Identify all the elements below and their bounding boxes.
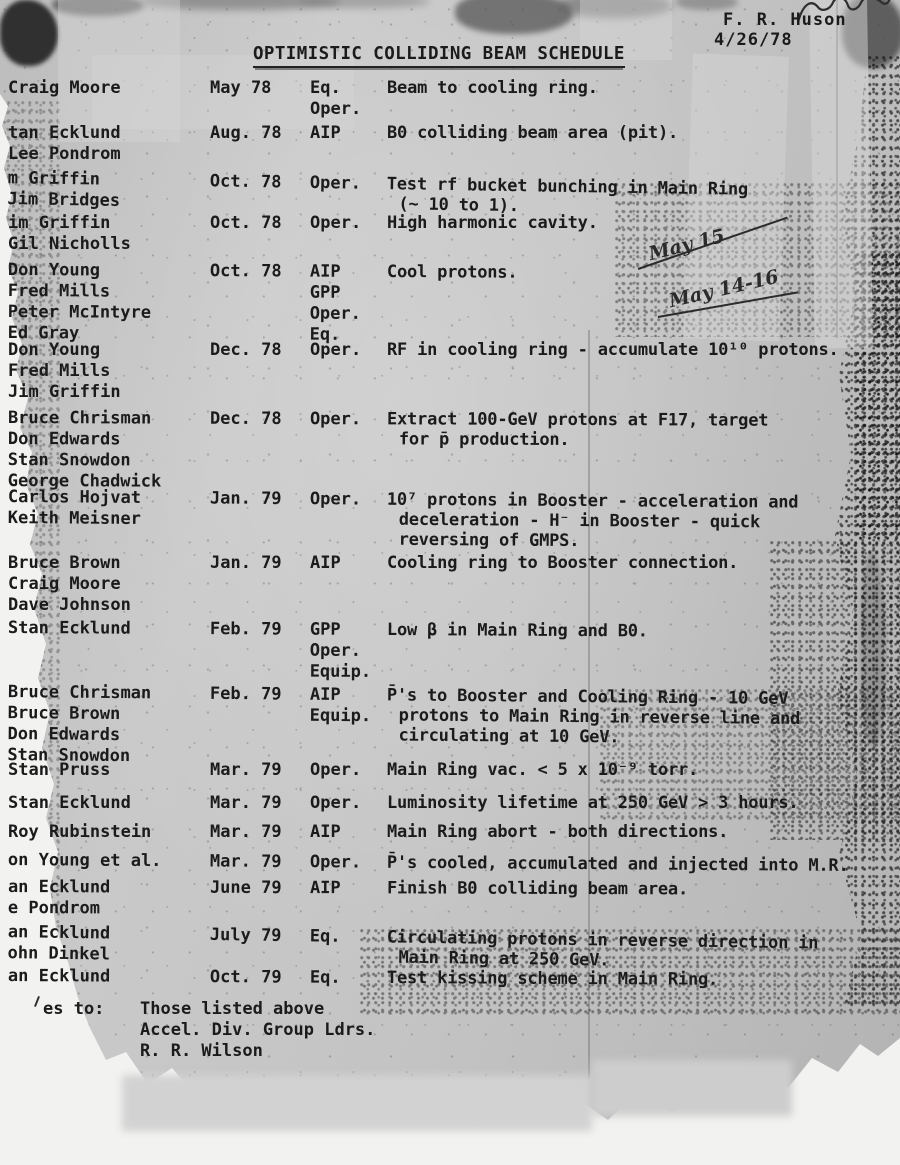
row-categories: AIPEquip. <box>310 685 372 728</box>
description-line: Luminosity lifetime at 250 GeV > 3 hours… <box>387 793 798 813</box>
row-date: Mar. 79 <box>210 760 282 780</box>
description-line: reversing of GMPS. <box>399 530 799 553</box>
person-name: ohn Dinkel <box>7 943 110 965</box>
header-date: 4/26/78 <box>714 30 793 50</box>
row-names: an Ecklund <box>8 966 110 988</box>
row-date: Feb. 79 <box>210 619 282 639</box>
category-label: AIP <box>310 822 341 843</box>
person-name: Carlos Hojvat <box>8 487 141 509</box>
category-label: Oper. <box>310 213 361 234</box>
description-line: Main Ring vac. < 5 x 10⁻⁹ torr. <box>387 760 698 780</box>
person-name: Don Edwards <box>7 724 150 746</box>
person-name: Bruce Brown <box>8 553 131 574</box>
row-description: Low β in Main Ring and B0. <box>387 620 648 641</box>
person-name: Peter McIntyre <box>8 302 151 324</box>
row-description: P̄'s cooled, accumulated and injected in… <box>387 853 849 876</box>
schedule-row: Bruce ChrismanBruce BrownDon EdwardsStan… <box>0 682 900 690</box>
row-categories: Oper. <box>310 340 361 361</box>
category-label: GPP <box>310 283 361 304</box>
row-categories: Oper. <box>310 852 361 873</box>
row-categories: Oper. <box>310 489 361 510</box>
row-description: Luminosity lifetime at 250 GeV > 3 hours… <box>387 793 798 813</box>
person-name: Bruce Brown <box>8 703 151 725</box>
category-label: Eq. <box>310 968 341 989</box>
schedule-row: Stan EcklundFeb. 79GPPOper.Equip.Low β i… <box>0 618 900 623</box>
description-line: Low β in Main Ring and B0. <box>387 620 648 641</box>
row-date: Aug. 78 <box>210 123 282 143</box>
person-name: e Pondrom <box>8 898 110 919</box>
row-categories: AIP <box>310 822 341 843</box>
person-name: Fred Mills <box>8 281 151 303</box>
category-label: Equip. <box>310 706 372 728</box>
person-name: Stan Pruss <box>8 760 110 781</box>
row-date: Oct. 78 <box>210 171 282 192</box>
document-title: OPTIMISTIC COLLIDING BEAM SCHEDULE <box>253 44 625 68</box>
description-line: Finish B0 colliding beam area. <box>387 878 688 899</box>
row-description: High harmonic cavity. <box>387 213 598 233</box>
row-date: Mar. 79 <box>210 822 282 842</box>
row-categories: AIPGPPOper.Eq. <box>310 262 362 346</box>
row-date: Oct. 79 <box>210 967 282 987</box>
row-names: an Ecklunde Pondrom <box>8 877 111 919</box>
person-name: an Ecklund <box>8 966 110 988</box>
description-line: Test kissing scheme in Main Ring. <box>387 968 718 990</box>
row-date: June 79 <box>210 878 282 898</box>
category-label: Oper. <box>310 793 361 814</box>
schedule-row: Don YoungFred MillsPeter McIntyreEd Gray… <box>0 260 900 265</box>
row-categories: Oper. <box>310 409 361 430</box>
row-categories: Eq. <box>310 968 341 989</box>
description-line: B0 colliding beam area (pit). <box>387 123 678 143</box>
document-content: F. R. Huson 4/26/78 OPTIMISTIC COLLIDING… <box>0 0 900 1165</box>
row-date: May 78 <box>210 78 271 98</box>
row-date: Oct. 78 <box>210 261 282 281</box>
description-line: RF in cooling ring - accumulate 10¹⁰ pro… <box>387 340 839 360</box>
row-names: Don YoungFred MillsPeter McIntyreEd Gray <box>8 260 152 345</box>
category-label: Equip. <box>310 662 372 683</box>
description-line: P̄'s cooled, accumulated and injected in… <box>387 853 849 876</box>
row-date: Jan. 79 <box>210 488 282 508</box>
person-name: an Ecklund <box>8 877 110 898</box>
scanned-document-page: F. R. Huson 4/26/78 OPTIMISTIC COLLIDING… <box>0 0 900 1165</box>
distribution-line: Those listed above <box>140 999 375 1020</box>
person-name: Craig Moore <box>8 574 131 595</box>
row-date: Dec. 78 <box>210 409 282 429</box>
row-date: Dec. 78 <box>210 340 282 360</box>
row-description: 10⁷ protons in Booster - acceleration an… <box>387 490 799 553</box>
category-label: Oper. <box>310 489 361 510</box>
description-line: Extract 100-GeV protons at F17, target <box>387 409 768 430</box>
category-label: AIP <box>310 878 341 899</box>
category-label: AIP <box>310 685 372 707</box>
row-categories: GPPOper.Equip. <box>310 620 372 683</box>
row-categories: Eq.Oper. <box>310 78 361 120</box>
description-line: Main Ring abort - both directions. <box>387 822 728 842</box>
distribution-label: es to: <box>43 999 104 1019</box>
schedule-row: an Ecklundohn DinkelJuly 79Eq.Circulatin… <box>0 922 900 935</box>
row-categories: Eq. <box>310 926 341 947</box>
category-label: Oper. <box>310 852 361 873</box>
row-names: Bruce ChrismanBruce BrownDon EdwardsStan… <box>7 682 151 767</box>
category-label: Oper. <box>310 409 361 430</box>
category-label: Oper. <box>310 641 372 662</box>
person-name: Don Young <box>8 260 151 282</box>
row-categories: AIP <box>310 553 341 574</box>
row-date: July 79 <box>210 925 282 946</box>
row-description: Extract 100-GeV protons at F17, targetfo… <box>387 409 768 450</box>
schedule-row: an Ecklunde PondromJune 79AIPFinish B0 c… <box>0 877 900 880</box>
row-names: an Ecklundohn Dinkel <box>7 922 110 965</box>
row-names: im GriffinGil Nicholls <box>8 213 131 255</box>
row-names: Roy Rubinstein <box>8 822 151 843</box>
row-description: P̄'s to Booster and Cooling Ring - 10 Ge… <box>386 685 800 749</box>
category-label: Oper. <box>310 760 361 781</box>
schedule-row: Bruce ChrismanDon EdwardsStan SnowdonGeo… <box>0 408 900 411</box>
row-names: Craig Moore <box>8 78 121 99</box>
person-name: Roy Rubinstein <box>8 822 151 843</box>
row-date: Oct. 78 <box>210 213 282 233</box>
category-label: AIP <box>310 553 341 574</box>
person-name: Jim Bridges <box>7 189 120 212</box>
person-name: Stan Snowdon <box>8 450 162 472</box>
person-name: Bruce Chrisman <box>8 682 151 704</box>
schedule-row: on Young et al.Mar. 79Oper.P̄'s cooled, … <box>0 850 900 856</box>
row-names: Carlos HojvatKeith Meisner <box>8 487 141 530</box>
person-name: Lee Pondrom <box>8 144 121 165</box>
row-date: Jan. 79 <box>210 553 282 573</box>
row-names: on Young et al. <box>8 850 162 872</box>
row-categories: Oper. <box>310 173 362 195</box>
row-description: Cool protons. <box>387 262 518 283</box>
description-line: Cool protons. <box>387 262 518 283</box>
person-name: an Ecklund <box>8 922 111 944</box>
row-names: Stan Ecklund <box>8 618 131 640</box>
handwritten-annotation-may-15: May 15 <box>646 225 726 265</box>
person-name: on Young et al. <box>8 850 162 872</box>
description-line: High harmonic cavity. <box>387 213 598 233</box>
row-categories: Oper. <box>310 213 361 234</box>
person-name: Don Edwards <box>8 429 162 451</box>
person-name: Gil Nicholls <box>8 234 131 255</box>
person-name: Craig Moore <box>8 78 121 99</box>
category-label: Oper. <box>310 99 361 120</box>
row-description: Finish B0 colliding beam area. <box>387 878 688 899</box>
row-categories: Oper. <box>310 793 361 814</box>
category-label: Oper. <box>310 340 361 361</box>
row-description: Cooling ring to Booster connection. <box>387 553 738 573</box>
row-date: Mar. 79 <box>210 851 282 871</box>
row-date: Mar. 79 <box>210 793 282 813</box>
person-name: Bruce Chrisman <box>8 408 162 430</box>
category-label: AIP <box>310 262 361 283</box>
distribution-line: Accel. Div. Group Ldrs. <box>140 1020 375 1041</box>
distribution-line: R. R. Wilson <box>140 1041 375 1062</box>
row-categories: AIP <box>310 123 341 144</box>
description-line: circulating at 10 GeV. <box>398 725 800 749</box>
row-description: Main Ring vac. < 5 x 10⁻⁹ torr. <box>387 760 698 780</box>
distribution-lines: Those listed above Accel. Div. Group Ldr… <box>140 999 375 1062</box>
schedule-row: Carlos HojvatKeith MeisnerJan. 79Oper.10… <box>0 487 900 493</box>
person-name: Jim Griffin <box>8 382 121 403</box>
person-name: im Griffin <box>8 213 131 234</box>
row-names: Bruce BrownCraig MooreDave Johnson <box>8 553 131 616</box>
person-name: Don Young <box>8 340 121 361</box>
person-name: Keith Meisner <box>8 508 141 530</box>
person-name: Stan Ecklund <box>8 793 131 814</box>
row-description: B0 colliding beam area (pit). <box>387 123 678 143</box>
person-name: tan Ecklund <box>8 123 121 144</box>
row-description: Circulating protons in reverse direction… <box>386 927 818 973</box>
description-line: for p̄ production. <box>399 429 768 450</box>
row-names: Stan Ecklund <box>8 793 131 814</box>
row-names: tan EcklundLee Pondrom <box>8 123 121 165</box>
description-line: Cooling ring to Booster connection. <box>387 553 738 573</box>
description-line: Beam to cooling ring. <box>387 78 598 98</box>
category-label: Eq. <box>310 926 341 947</box>
row-date: Feb. 79 <box>210 684 282 705</box>
category-label: GPP <box>310 620 372 641</box>
row-names: Bruce ChrismanDon EdwardsStan SnowdonGeo… <box>8 408 162 493</box>
row-description: Main Ring abort - both directions. <box>387 822 728 842</box>
row-names: Stan Pruss <box>8 760 110 781</box>
person-name: Stan Ecklund <box>8 618 131 640</box>
person-name: m Griffin <box>8 168 121 191</box>
row-description: Beam to cooling ring. <box>387 78 598 98</box>
row-names: m GriffinJim Bridges <box>7 168 120 212</box>
author-name: F. R. Huson <box>723 10 847 30</box>
schedule-row: m GriffinJim BridgesOct. 78Oper.Test rf … <box>0 168 900 182</box>
row-description: RF in cooling ring - accumulate 10¹⁰ pro… <box>387 340 839 360</box>
person-name: Fred Mills <box>8 361 121 382</box>
row-description: Test kissing scheme in Main Ring. <box>387 968 718 990</box>
category-label: Oper. <box>310 304 361 325</box>
description-line: deceleration - H⁻ in Booster - quick <box>399 510 799 533</box>
category-label: AIP <box>310 123 341 144</box>
row-categories: AIP <box>310 878 341 899</box>
person-name: Dave Johnson <box>8 595 131 616</box>
category-label: Eq. <box>310 78 361 99</box>
row-names: Don YoungFred MillsJim Griffin <box>8 340 121 403</box>
pen-tick-mark <box>34 996 40 1007</box>
category-label: Oper. <box>310 173 362 195</box>
row-categories: Oper. <box>310 760 361 781</box>
